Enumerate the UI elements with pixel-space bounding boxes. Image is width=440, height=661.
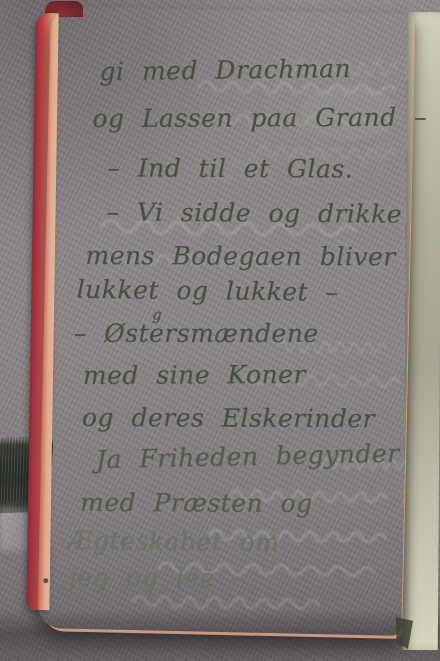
handwriting-line-4: – Vi sidde og drikke xyxy=(106,197,402,228)
handwriting-line-6: lukket og lukket – xyxy=(76,275,338,307)
handwriting-line-7: – Østersmændene xyxy=(74,319,319,348)
handwriting-line-2: og Lassen paa Grand – xyxy=(92,103,427,133)
handwriting-line-9: og deres Elskerinder xyxy=(82,403,375,433)
handwriting-line-8: med sine Koner xyxy=(83,360,306,390)
ink-dot xyxy=(43,578,48,583)
notebook-photo: gi med Drachman og Lassen paa Grand – – … xyxy=(0,0,440,661)
notebook-page: gi med Drachman og Lassen paa Grand – – … xyxy=(37,6,414,636)
handwriting-line-11: med Præsten og xyxy=(80,488,313,518)
handwriting-line-3: – Ind til et Glas. xyxy=(107,153,353,183)
handwriting-line-1: gi med Drachman xyxy=(99,54,351,86)
handwriting-line-13: jeg og lee – xyxy=(68,563,245,593)
handwriting-line-12: Ægteskabet om xyxy=(67,526,279,557)
handwriting-line-5: mens Bodegaen bliver xyxy=(85,241,395,271)
